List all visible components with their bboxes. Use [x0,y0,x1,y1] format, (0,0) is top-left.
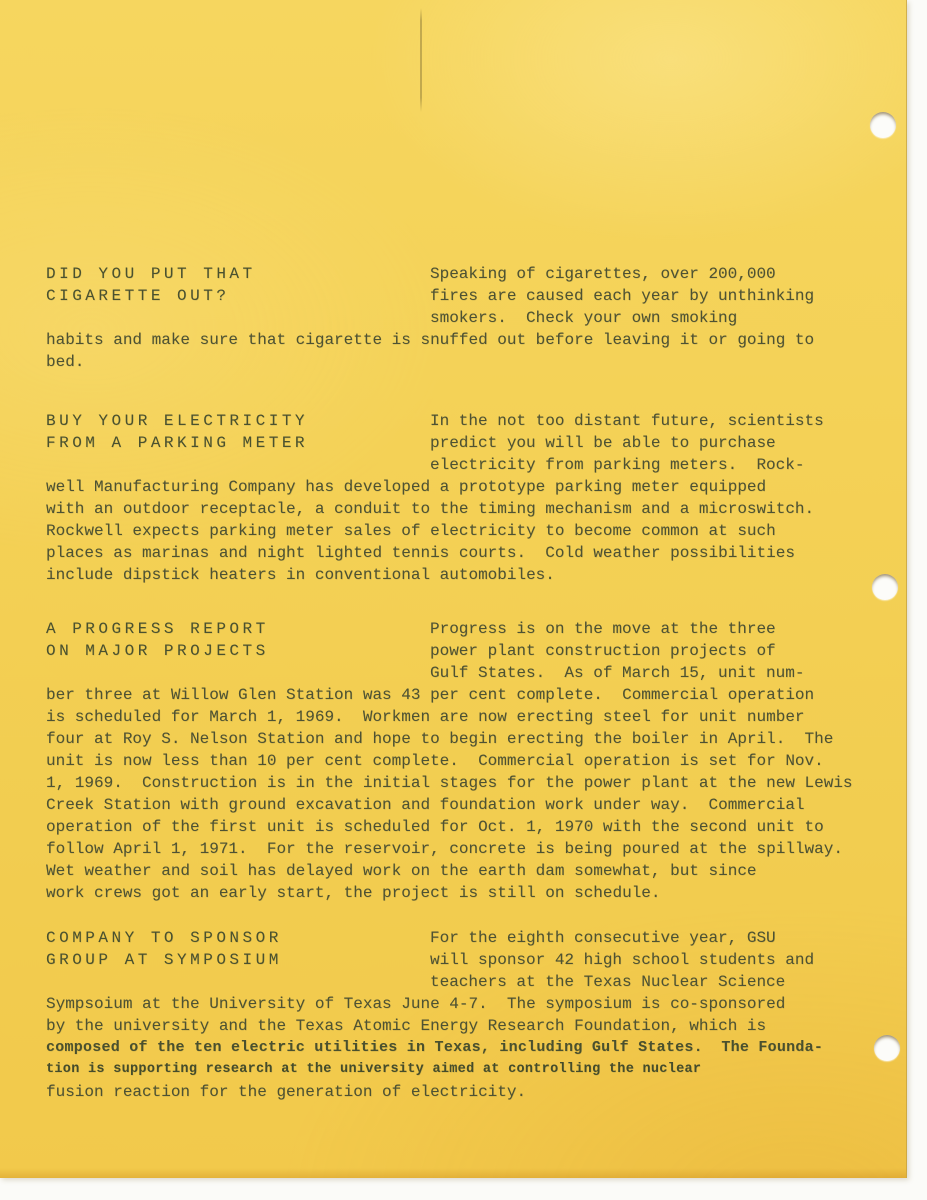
text-line: Creek Station with ground excavation and… [46,794,906,816]
text-line: power plant construction projects of [430,640,906,662]
text-line: COMPANY TO SPONSOR [46,927,282,949]
text-line: four at Roy S. Nelson Station and hope t… [46,728,906,750]
story-company-sponsor-symposium: COMPANY TO SPONSORGROUP AT SYMPOSIUM For… [46,927,906,1103]
story-body: Sympsoium at the University of Texas Jun… [46,993,906,1037]
text-line: For the eighth consecutive year, GSU [430,927,906,949]
text-line: A PROGRESS REPORT [46,618,269,640]
text-line: include dipstick heaters in conventional… [46,564,906,586]
text-line: teachers at the Texas Nuclear Science [430,971,906,993]
story-body: ber three at Willow Glen Station was 43 … [46,684,906,904]
story-did-you-put-that-cigarette-out: DID YOU PUT THATCIGARETTE OUT? Speaking … [46,263,906,373]
scanned-page: DID YOU PUT THATCIGARETTE OUT? Speaking … [0,0,927,1200]
story-lead-column: Progress is on the move at the threepowe… [430,618,906,684]
story-heading: BUY YOUR ELECTRICITYFROM A PARKING METER [46,410,308,454]
text-line: habits and make sure that cigarette is s… [46,329,906,351]
story-heading: A PROGRESS REPORTON MAJOR PROJECTS [46,618,269,662]
text-line: DID YOU PUT THAT [46,263,256,285]
story-lead-column: In the not too distant future, scientist… [430,410,906,476]
text-line: Progress is on the move at the three [430,618,906,640]
text-line: GROUP AT SYMPOSIUM [46,949,282,971]
text-line: fusion reaction for the generation of el… [46,1081,906,1103]
text-line: operation of the first unit is scheduled… [46,816,906,838]
text-line: by the university and the Texas Atomic E… [46,1015,906,1037]
fold-crease-line [420,8,422,112]
text-line: Gulf States. As of March 15, unit num- [430,662,906,684]
text-line: work crews got an early start, the proje… [46,882,906,904]
text-line: fires are caused each year by unthinking [430,285,906,307]
story-progress-report-major-projects: A PROGRESS REPORTON MAJOR PROJECTS Progr… [46,618,906,904]
text-line: Speaking of cigarettes, over 200,000 [430,263,906,285]
text-line: unit is now less than 10 per cent comple… [46,750,906,772]
text-line: places as marinas and night lighted tenn… [46,542,906,564]
text-line: CIGARETTE OUT? [46,285,256,307]
text-line: FROM A PARKING METER [46,432,308,454]
text-line: electricity from parking meters. Rock- [430,454,906,476]
text-line: with an outdoor receptacle, a conduit to… [46,498,906,520]
text-line: composed of the ten electric utilities i… [46,1037,906,1059]
text-line: 1, 1969. Construction is in the initial … [46,772,906,794]
text-line: is scheduled for March 1, 1969. Workmen … [46,706,906,728]
text-line: well Manufacturing Company has developed… [46,476,906,498]
text-line: will sponsor 42 high school students and [430,949,906,971]
story-buy-electricity-from-parking-meter: BUY YOUR ELECTRICITYFROM A PARKING METER… [46,410,906,586]
text-line: Sympsoium at the University of Texas Jun… [46,993,906,1015]
text-line: Wet weather and soil has delayed work on… [46,860,906,882]
newsletter-paper-sheet: DID YOU PUT THATCIGARETTE OUT? Speaking … [0,0,907,1178]
text-line: bed. [46,351,906,373]
text-line: smokers. Check your own smoking [430,307,906,329]
story-body: well Manufacturing Company has developed… [46,476,906,586]
text-line: BUY YOUR ELECTRICITY [46,410,308,432]
text-line: tion is supporting research at the unive… [46,1059,906,1081]
story-body: habits and make sure that cigarette is s… [46,329,906,373]
text-line: Rockwell expects parking meter sales of … [46,520,906,542]
story-lead-column: Speaking of cigarettes, over 200,000fire… [430,263,906,329]
story-heading: COMPANY TO SPONSORGROUP AT SYMPOSIUM [46,927,282,971]
text-line: follow April 1, 1971. For the reservoir,… [46,838,906,860]
text-line: predict you will be able to purchase [430,432,906,454]
story-lead-column: For the eighth consecutive year, GSUwill… [430,927,906,993]
text-line: ber three at Willow Glen Station was 43 … [46,684,906,706]
punch-hole-top [870,112,896,138]
text-line: In the not too distant future, scientist… [430,410,906,432]
text-line: ON MAJOR PROJECTS [46,640,269,662]
story-heading: DID YOU PUT THATCIGARETTE OUT? [46,263,256,307]
